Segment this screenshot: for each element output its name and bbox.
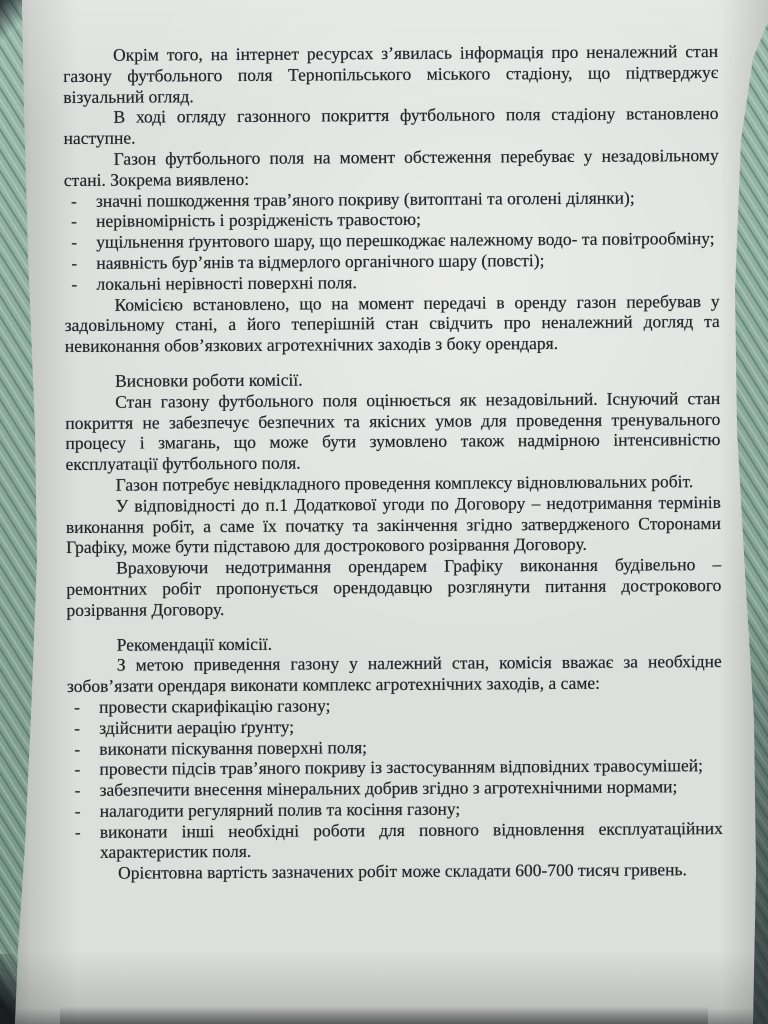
bullet-dash: - [71,253,77,274]
list-item-text: провести підсів трав’яного покриву із за… [99,755,703,779]
paragraph: Окрім того, на інтернет ресурсах з’явила… [63,41,718,107]
paragraph: У відповідності до п.1 Додаткової угоди … [66,492,721,558]
paragraph: Орієнтовна вартість зазначених робіт мож… [68,859,723,884]
list-item-text: локальні нерівності поверхні поля. [96,272,356,294]
list-item-text: значні пошкодження трав’яного покриву (в… [96,187,635,210]
paragraph: В ході огляду газонного покриття футболь… [63,103,718,149]
bullet-dash: - [74,697,80,718]
bullet-dash: - [74,738,80,759]
paragraph: З метою приведення газону у належний ста… [67,651,722,697]
list-item-text: ущільнення ґрунтового шару, що перешкодж… [96,228,715,252]
list-item-text: забезпечити внесення мінеральних добрив … [99,776,677,800]
bullet-dash: - [71,211,77,232]
bullet-dash: - [74,718,80,739]
list-item: -виконати інші необхідні роботи для повн… [68,818,723,864]
list-item-text: виконати піскування поверхні поля; [99,737,367,759]
list-item-text: наявність бур’янів та відмерлого органіч… [96,250,544,273]
paragraph: Газон футбольного поля на момент обстеже… [64,145,719,191]
bullet-dash: - [71,190,77,211]
bullet-dash: - [71,232,77,253]
paragraph: Комісією встановлено, що на момент перед… [65,291,720,357]
photo-corner-shadow-top-left [0,0,22,40]
list-item-text: налагодити регулярний полив та косіння г… [100,798,461,820]
paragraph: Стан газону футбольного поля оцінюється … [65,388,720,475]
list-item-text: виконати інші необхідні роботи для повно… [100,818,723,863]
list-item-text: здійснити аерацію ґрунту; [99,716,294,737]
photo-bottom-shadow [60,1006,708,1024]
list-item: -локальні нерівності поверхні поля. [64,270,719,295]
bullet-dash: - [75,801,81,822]
list-item-text: нерівномірність і розрідженість травосто… [96,209,421,231]
paragraph: Враховуючи недотримання орендарем Графік… [66,554,721,620]
bullet-dash: - [75,822,81,843]
list-item-text: провести скарифікацію газону; [99,695,331,716]
document-body: Окрім того, на інтернет ресурсах з’явила… [63,41,723,884]
bullet-dash: - [71,274,77,295]
bullet-dash: - [74,759,80,780]
bullet-dash: - [74,780,80,801]
